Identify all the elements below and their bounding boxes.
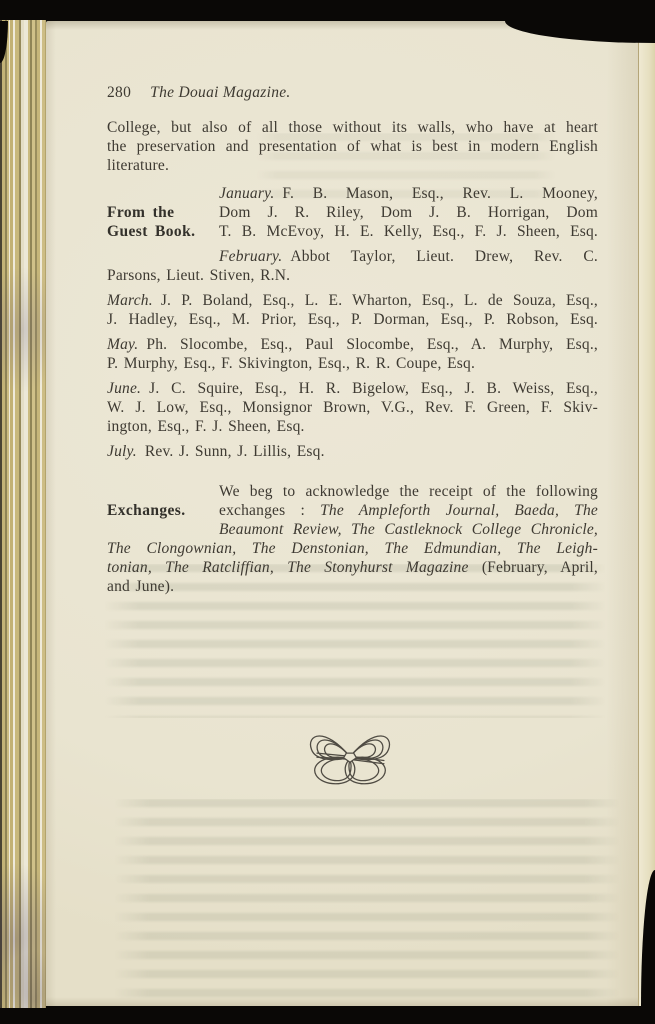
italic-text-segment: July. [107, 443, 137, 460]
text-line: Beaumont Review, The Castleknock College… [219, 520, 598, 539]
text-segment: exchanges : [219, 502, 320, 519]
page: 280 The Douai Magazine. College, but als… [46, 21, 655, 1006]
text-line: W. J. Low, Esq., Monsignor Brown, V.G., … [107, 398, 598, 417]
text-segment: F. B. Mason, Esq., Rev. L. Mooney, [282, 185, 598, 202]
block-guest-book-may: May.Ph. Slocombe, Esq., Paul Slocombe, E… [107, 335, 598, 373]
text-segment: J. Hadley, Esq., M. Prior, Esq., P. Dorm… [107, 311, 598, 328]
text-line: tonian, The Ratcliffian, The Stonyhurst … [107, 558, 598, 577]
text-segment: T. B. McEvoy, H. E. Kelly, Esq., F. J. S… [219, 223, 598, 240]
text-line: May.Ph. Slocombe, Esq., Paul Slocombe, E… [107, 335, 598, 354]
text-line: The Clongownian, The Denstonian, The Edm… [107, 539, 598, 558]
italic-text-segment: February. [219, 248, 282, 265]
text-segment: and June). [107, 578, 174, 595]
block-guest-book-march: March.J. P. Boland, Esq., L. E. Wharton,… [107, 291, 598, 329]
text-segment: ington, Esq., F. J. Sheen, Esq. [107, 418, 305, 435]
text-segment: J. C. Squire, Esq., H. R. Bigelow, Esq.,… [149, 380, 598, 397]
text-segment: Rev. J. Sunn, J. Lillis, Esq. [145, 443, 325, 460]
text-line: January.F. B. Mason, Esq., Rev. L. Moone… [219, 184, 598, 203]
text-line: the preservation and presentation of wha… [107, 137, 598, 156]
italic-text-segment: March. [107, 292, 153, 309]
text-line: March.J. P. Boland, Esq., L. E. Wharton,… [107, 291, 598, 310]
text-segment: Dom J. R. Riley, Dom J. B. Horrigan, Dom [219, 204, 598, 221]
content-column: College, but also of all those without i… [107, 118, 598, 596]
text-segment: Ph. Slocombe, Esq., Paul Slocombe, Esq.,… [146, 336, 598, 353]
text-line: J. Hadley, Esq., M. Prior, Esq., P. Dorm… [107, 310, 598, 329]
italic-text-segment: January. [219, 185, 274, 202]
text-line: ington, Esq., F. J. Sheen, Esq. [107, 417, 598, 436]
text-segment: the preservation and presentation of wha… [107, 138, 598, 155]
text-segment: Abbot Taylor, Lieut. Drew, Rev. C. [290, 248, 598, 265]
italic-text-segment: tonian, The Ratcliffian, The Stonyhurst … [107, 559, 469, 576]
italic-text-segment: May. [107, 336, 138, 353]
block-guest-book-june: June.J. C. Squire, Esq., H. R. Bigelow, … [107, 379, 598, 436]
text-line: February.Abbot Taylor, Lieut. Drew, Rev.… [219, 247, 598, 266]
text-segment: Parsons, Lieut. Stiven, R.N. [107, 267, 290, 284]
italic-text-segment: The Clongownian, The Denstonian, The Edm… [107, 540, 598, 557]
text-line: exchanges : The Ampleforth Journal, Baed… [219, 501, 598, 520]
book-scan: 280 The Douai Magazine. College, but als… [0, 0, 655, 1024]
text-segment: P. Murphy, Esq., F. Skivington, Esq., R.… [107, 355, 475, 372]
text-line: literature. [107, 156, 598, 175]
stacked-page-edges [0, 20, 46, 1008]
text-line: and June). [107, 577, 598, 596]
text-segment: College, but also of all those without i… [107, 119, 598, 136]
running-head: 280 The Douai Magazine. [107, 84, 291, 102]
text-segment: We beg to acknowledge the receipt of the… [219, 483, 598, 500]
sidehead-exchanges: Exchanges. [107, 501, 186, 520]
text-line: June.J. C. Squire, Esq., H. R. Bigelow, … [107, 379, 598, 398]
text-segment: J. P. Boland, Esq., L. E. Wharton, Esq.,… [161, 292, 598, 309]
text-line: Dom J. R. Riley, Dom J. B. Horrigan, Dom [219, 203, 598, 222]
text-segment: (February, April, [469, 559, 598, 576]
block-guest-book-february: February.Abbot Taylor, Lieut. Drew, Rev.… [107, 247, 598, 285]
block-intro: College, but also of all those without i… [107, 118, 598, 175]
text-line: Parsons, Lieut. Stiven, R.N. [107, 266, 598, 285]
text-segment: literature. [107, 157, 169, 174]
italic-text-segment: Beaumont Review, The Castleknock College… [219, 521, 598, 538]
running-title: The Douai Magazine. [150, 84, 290, 102]
text-line: T. B. McEvoy, H. E. Kelly, Esq., F. J. S… [219, 222, 598, 241]
block-guest-book-july: July.Rev. J. Sunn, J. Lillis, Esq. [107, 442, 598, 461]
page-number: 280 [107, 84, 131, 102]
bow-knot-printer-ornament-icon [304, 722, 396, 788]
block-exchanges: Exchanges.We beg to acknowledge the rece… [107, 482, 598, 596]
text-line: P. Murphy, Esq., F. Skivington, Esq., R.… [107, 354, 598, 373]
adjacent-page-edge [638, 30, 655, 1006]
text-segment: W. J. Low, Esq., Monsignor Brown, V.G., … [107, 399, 598, 416]
text-line: We beg to acknowledge the receipt of the… [219, 482, 598, 501]
sidehead-guest-book-january: Guest Book. [107, 222, 195, 241]
italic-text-segment: June. [107, 380, 141, 397]
text-line: July.Rev. J. Sunn, J. Lillis, Esq. [107, 442, 598, 461]
showthrough-texture [114, 799, 620, 1005]
sidehead-guest-book-january: From the [107, 203, 174, 222]
text-line: College, but also of all those without i… [107, 118, 598, 137]
italic-text-segment: The Ampleforth Journal, Baeda, The [320, 502, 598, 519]
block-guest-book-january: From theGuest Book.January.F. B. Mason, … [107, 184, 598, 241]
